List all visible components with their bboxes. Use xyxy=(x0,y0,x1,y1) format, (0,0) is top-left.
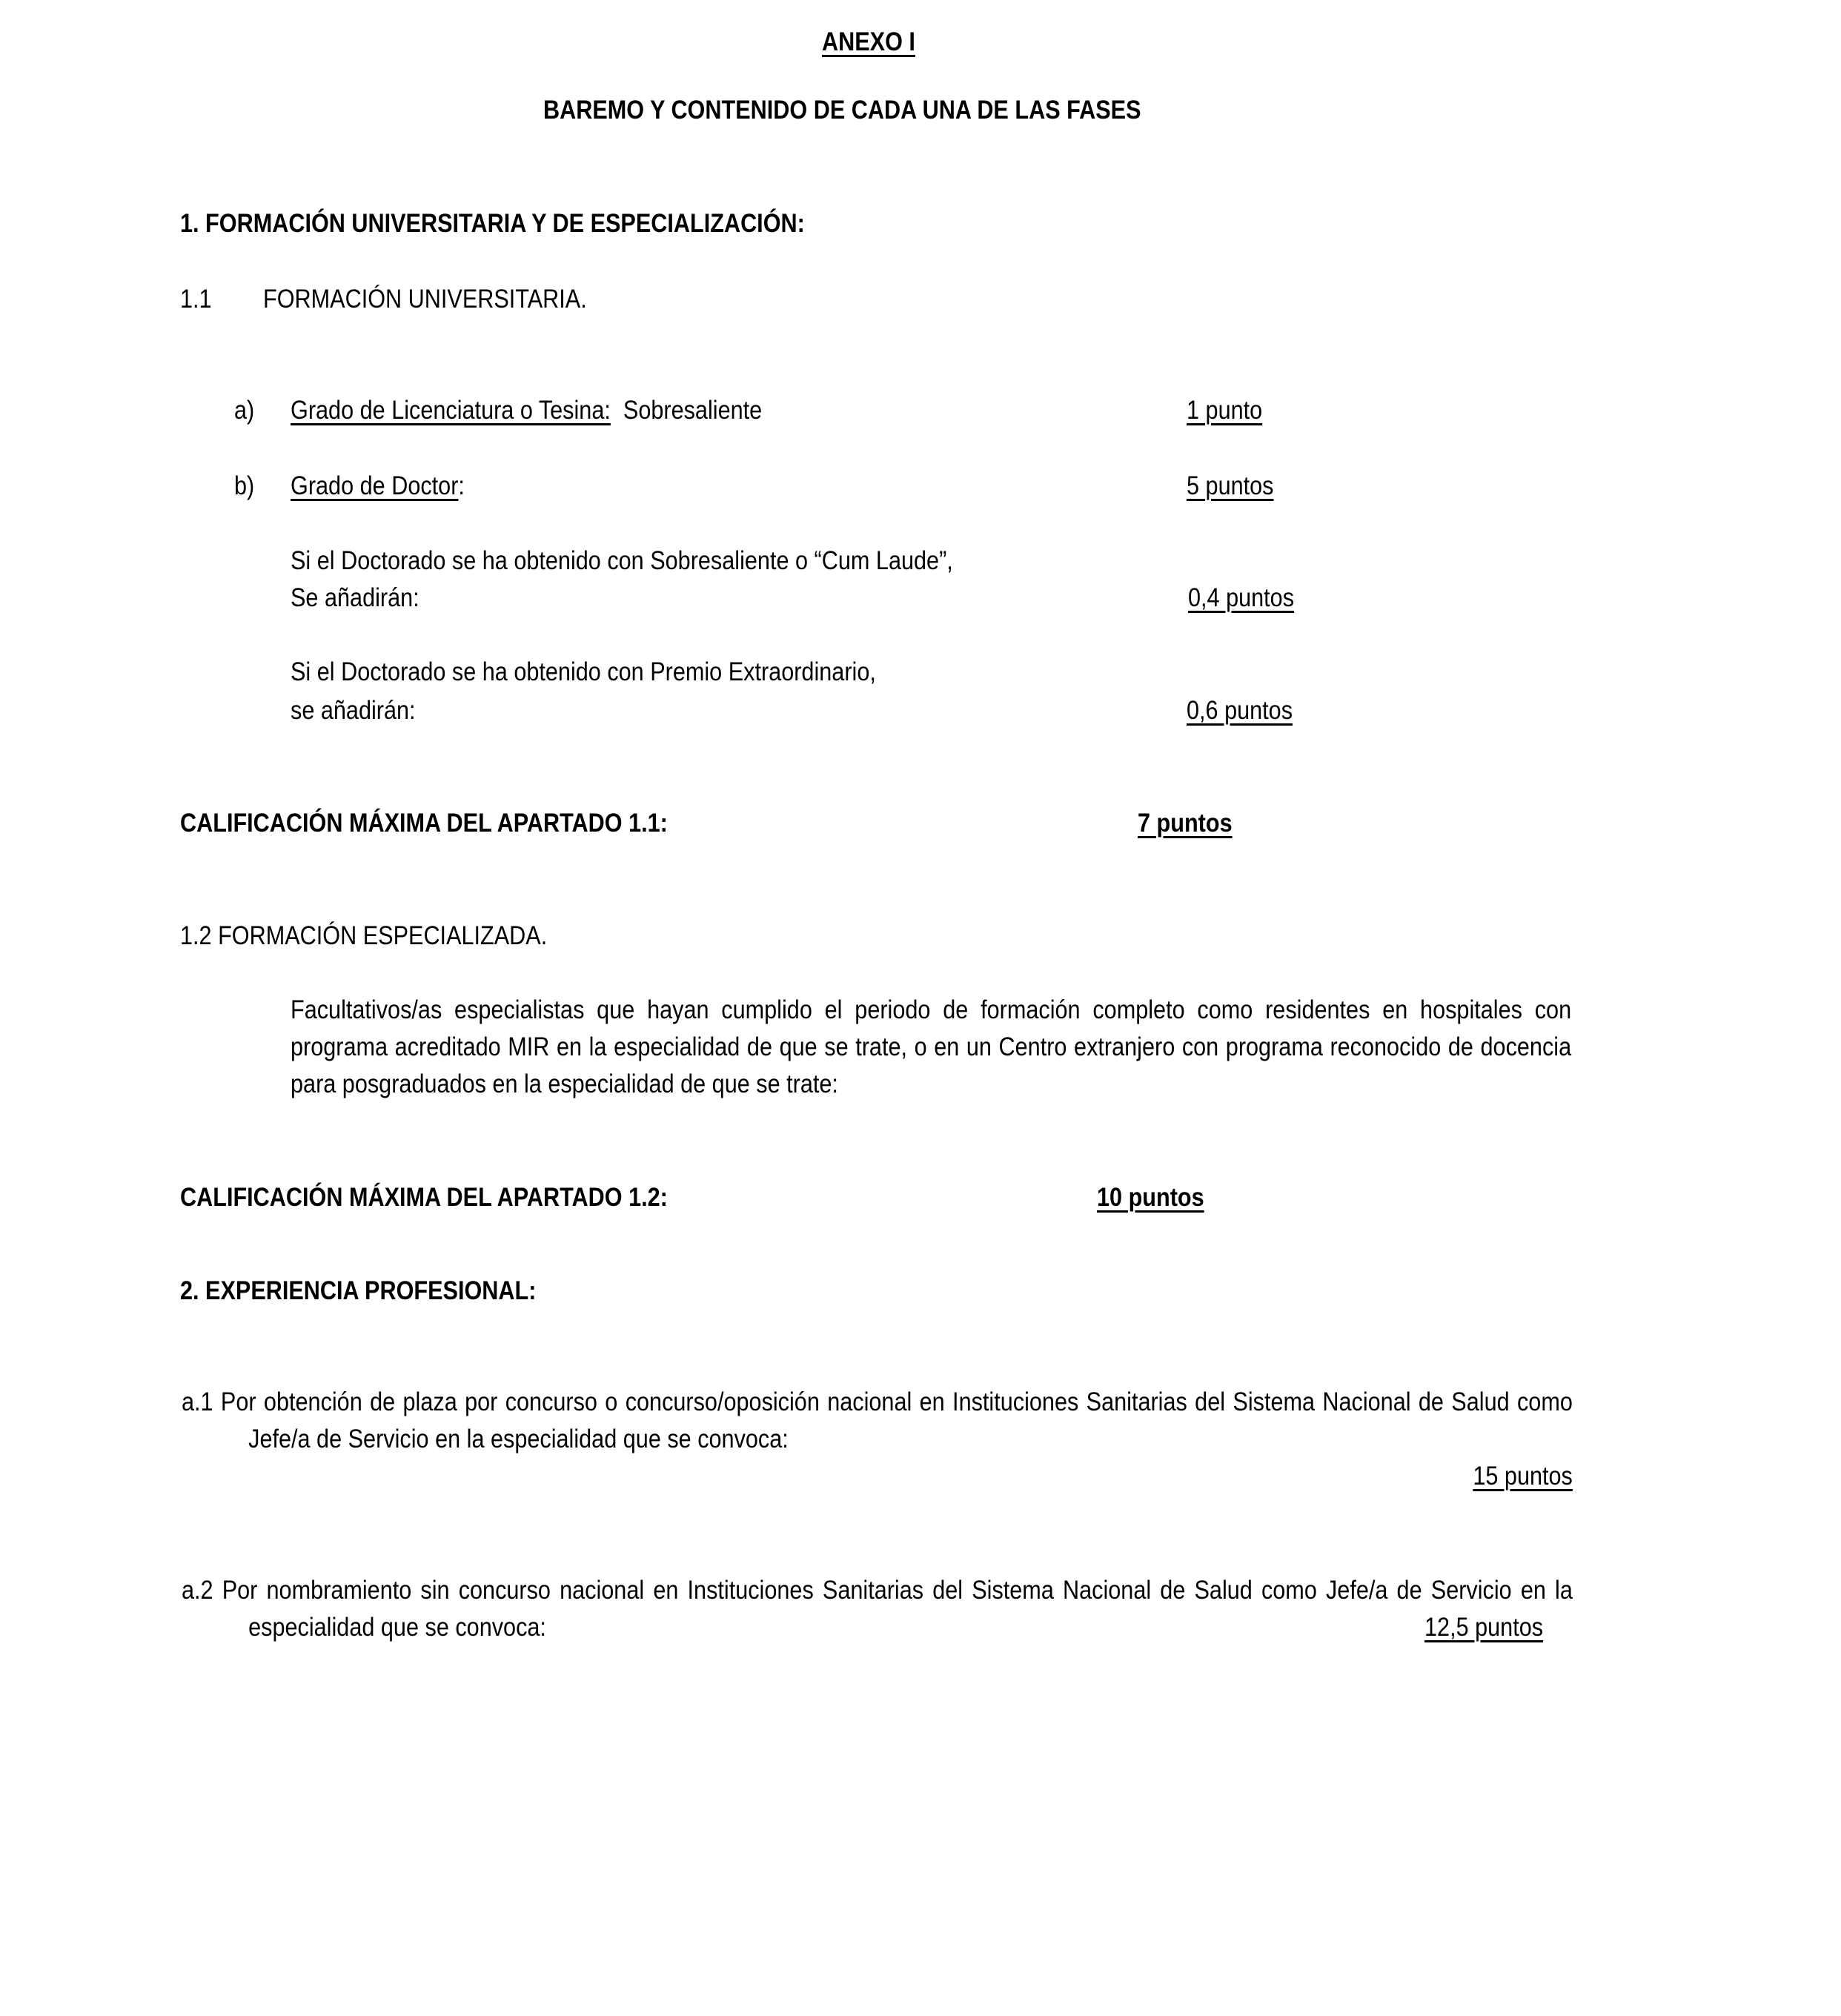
bonus-cum-laude-line1: Si el Doctorado se ha obtenido con Sobre… xyxy=(291,546,953,577)
max-1-1-points: 7 puntos xyxy=(1138,808,1233,839)
experience-item-a2: a.2 Por nombramiento sin concurso nacion… xyxy=(182,1572,1573,1646)
section2-heading: 2. EXPERIENCIA PROFESIONAL: xyxy=(180,1276,536,1307)
bonus-cum-laude-points: 0,4 puntos xyxy=(1188,583,1294,614)
item-a-marker: a) xyxy=(234,395,254,426)
annex-title: ANEXO I xyxy=(822,27,915,58)
max-1-2-label: CALIFICACIÓN MÁXIMA DEL APARTADO 1.2: xyxy=(180,1182,668,1213)
item-a-points: 1 punto xyxy=(1187,395,1262,426)
item-b-label: Grado de Doctor xyxy=(291,471,458,500)
section1-heading: 1. FORMACIÓN UNIVERSITARIA Y DE ESPECIAL… xyxy=(180,208,805,239)
experience-item-a2-text: a.2 Por nombramiento sin concurso nacion… xyxy=(182,1576,1573,1642)
bonus-premio-line2: se añadirán: xyxy=(291,695,416,726)
max-1-1-label: CALIFICACIÓN MÁXIMA DEL APARTADO 1.1: xyxy=(180,808,668,839)
subsection-1-1-title: FORMACIÓN UNIVERSITARIA. xyxy=(263,284,587,315)
subsection-1-2-description: Facultativos/as especialistas que hayan … xyxy=(291,992,1571,1103)
subsection-1-1-number: 1.1 xyxy=(180,284,212,315)
main-title: BAREMO Y CONTENIDO DE CADA UNA DE LAS FA… xyxy=(543,95,1141,126)
item-a-text: Grado de Licenciatura o Tesina: Sobresal… xyxy=(291,395,762,426)
bonus-premio-line1: Si el Doctorado se ha obtenido con Premi… xyxy=(291,657,876,688)
item-b-text: Grado de Doctor: xyxy=(291,471,465,502)
max-1-2-points: 10 puntos xyxy=(1097,1182,1204,1213)
item-b-marker: b) xyxy=(234,471,254,502)
experience-item-a1: a.1 Por obtención de plaza por concurso … xyxy=(182,1384,1573,1495)
bonus-premio-points: 0,6 puntos xyxy=(1187,695,1293,726)
item-a-label: Grado de Licenciatura o Tesina: xyxy=(291,396,611,425)
subsection-1-2-title: 1.2 FORMACIÓN ESPECIALIZADA. xyxy=(180,921,547,952)
experience-item-a1-text: a.1 Por obtención de plaza por concurso … xyxy=(182,1387,1573,1453)
item-b-extra: : xyxy=(458,471,465,500)
bonus-cum-laude-line2: Se añadirán: xyxy=(291,583,419,614)
item-b-points: 5 puntos xyxy=(1187,471,1273,502)
item-a-extra: Sobresaliente xyxy=(623,396,762,425)
experience-item-a1-points: 15 puntos xyxy=(1473,1462,1573,1491)
experience-item-a2-points: 12,5 puntos xyxy=(1424,1612,1543,1643)
